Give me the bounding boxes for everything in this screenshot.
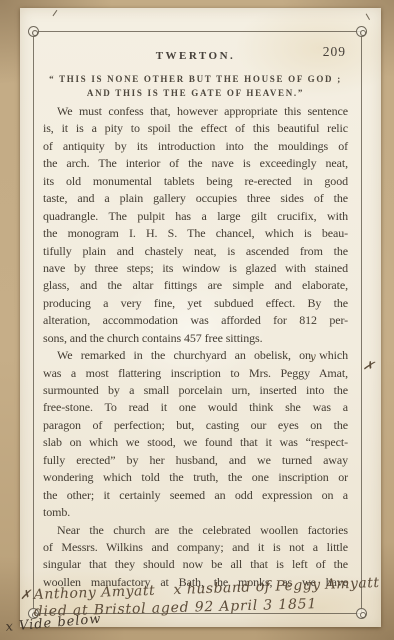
- epigraph: “ THIS IS NONE OTHER BUT THE HOUSE OF GO…: [43, 72, 348, 100]
- ink-tick-mark: [366, 11, 375, 20]
- body-text: We must confess that, however appropriat…: [43, 103, 348, 591]
- mount-background: { "document": { "header": { "title": "TW…: [0, 0, 394, 640]
- handwritten-margin-cross-right: ✗: [362, 358, 376, 375]
- page-title: TWERTON.: [156, 50, 236, 62]
- text-line: We must confess that, however appropriat…: [43, 103, 348, 120]
- text-line: producing a very fine, yet subdued effec…: [43, 295, 348, 312]
- text-line: free-stone. To read it one would think s…: [43, 399, 348, 416]
- ink-tick-mark: [53, 10, 62, 19]
- page-card: TWERTON. 209 “ THIS IS NONE OTHER BUT TH…: [20, 8, 381, 627]
- text-line: taste, and a plain gallery occupies thre…: [43, 190, 348, 207]
- text-line: wondering which told the truth, the one …: [43, 469, 348, 486]
- corner-ornament: [356, 608, 367, 619]
- text-line: sons, and the church contains 457 free s…: [43, 330, 348, 347]
- text-line: is, it is a pity to spoil the effect of …: [43, 120, 348, 137]
- text-line: the monogram I. H. S. The chancel, which…: [43, 225, 348, 242]
- text-line: the arch. The interior of the nave is ex…: [43, 155, 348, 172]
- handwritten-margin-cross-left: ✗: [20, 588, 31, 603]
- text-line: fully erected” by her husband, and we tu…: [43, 452, 348, 469]
- epigraph-line: AND THIS IS THE GATE OF HEAVEN.”: [43, 86, 348, 100]
- corner-ornament: [356, 26, 367, 37]
- text-line: surmounted by a small porcelain urn, ins…: [43, 382, 348, 399]
- text-line: the other; it certainly seemed an odd ex…: [43, 487, 348, 504]
- page-number: 209: [323, 44, 346, 60]
- handwritten-interline-correction: y: [310, 353, 316, 363]
- text-line: quadrangle. The pulpit has a large gilt …: [43, 208, 348, 225]
- corner-ornament: [28, 26, 39, 37]
- text-line: nave by three steps; its window is glaze…: [43, 260, 348, 277]
- text-line: its old monumental tablets being re-erec…: [43, 173, 348, 190]
- text-line: of antiquity by its introduction into th…: [43, 138, 348, 155]
- text-line: alteration, accommodation was afforded f…: [43, 312, 348, 329]
- body-paragraph: We remarked in the churchyard an obelisk…: [43, 347, 348, 521]
- text-line: singular that they should now be all tha…: [43, 556, 348, 573]
- body-paragraph: We must confess that, however appropriat…: [43, 103, 348, 347]
- text-line: We remarked in the churchyard an obelisk…: [43, 347, 348, 364]
- text-line: Near the church are the celebrated wooll…: [43, 522, 348, 539]
- text-line: tifully plain and chastely neat, is asce…: [43, 243, 348, 260]
- text-line: slab on which we stood, we found that it…: [43, 434, 348, 451]
- text-line: tomb.: [43, 504, 348, 521]
- text-line: of Messrs. Wilkins and company; and it i…: [43, 539, 348, 556]
- text-line: paragon of perfection; but, casting our …: [43, 417, 348, 434]
- text-line: glass, and the altar fittings are simple…: [43, 277, 348, 294]
- running-header: TWERTON. 209: [43, 46, 348, 64]
- text-line: was a most flattering inscription to Mrs…: [43, 365, 348, 382]
- epigraph-line: “ THIS IS NONE OTHER BUT THE HOUSE OF GO…: [43, 72, 348, 86]
